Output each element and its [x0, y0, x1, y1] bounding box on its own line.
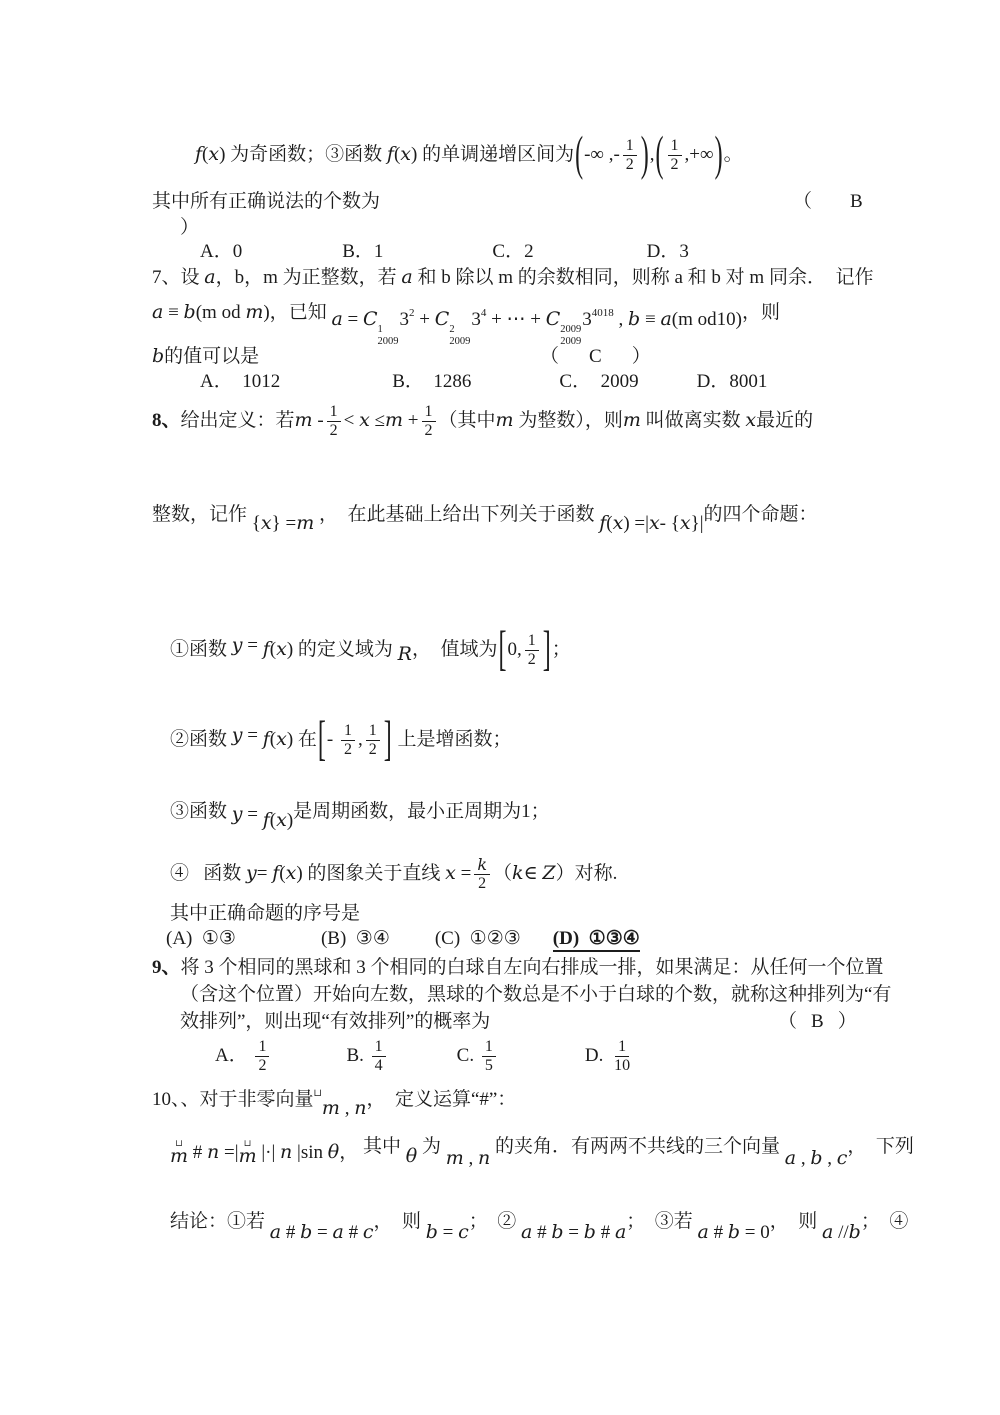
- text-run: ) 在: [287, 728, 317, 752]
- text-run: a: [785, 1147, 796, 1169]
- text-run: C: [589, 346, 602, 367]
- text-run: a: [660, 308, 671, 330]
- q10-statement-line1: 10、、对于非零向量⊔m , n， 定义运算“#”：: [152, 1088, 516, 1112]
- text-run: a: [401, 266, 412, 288]
- text-run: ,: [796, 1148, 810, 1169]
- text-run: （: [793, 191, 812, 212]
- text-run: #: [532, 1222, 551, 1243]
- text-run: a: [332, 1221, 343, 1243]
- text-run: b: [584, 1221, 596, 1243]
- text-run: ) 的定义域为: [287, 638, 398, 662]
- text-run: （含这个位置）开始向左数，黑球的个数总是不小于白球的个数，就称这种排列为“有: [180, 984, 891, 1005]
- text-run: n: [478, 1147, 490, 1169]
- fraction: 12: [366, 722, 380, 759]
- fraction: 110: [611, 1038, 633, 1075]
- text-run: ）: [180, 217, 199, 238]
- text-run: +: [403, 409, 418, 433]
- text-run: D.: [585, 1044, 608, 1068]
- text-run: x: [208, 143, 219, 167]
- text-run: #: [188, 1141, 207, 1165]
- text-run: 为整数），则: [514, 409, 623, 433]
- text-run: -: [313, 409, 324, 433]
- text-run: f: [272, 862, 279, 886]
- text-run: x: [680, 512, 691, 534]
- text-run: c: [837, 1147, 848, 1169]
- text-run: （: [540, 346, 559, 367]
- text-run: (A) ①③: [166, 928, 236, 949]
- equation-group: a # b = a # c: [270, 1221, 374, 1245]
- q7-statement-line3: b的值可以是: [152, 345, 259, 369]
- text-run: 给出定义：若: [181, 409, 295, 433]
- text-run: B.: [346, 1044, 368, 1068]
- text-run: ): [287, 810, 293, 831]
- text-run: n: [207, 1141, 219, 1165]
- text-run: {: [252, 513, 261, 534]
- text-run: C: [363, 308, 378, 330]
- text-run: 3: [471, 309, 481, 330]
- equation-group: a # b = b # a: [521, 1221, 626, 1245]
- text-run: ）: [838, 1011, 857, 1032]
- text-run: c: [458, 1221, 469, 1243]
- text-run: =: [243, 634, 263, 658]
- fraction: k2: [474, 856, 490, 893]
- text-run: f: [195, 143, 202, 167]
- text-run: b: [728, 1221, 740, 1243]
- text-run: #: [281, 1222, 300, 1243]
- text-run: a: [698, 1221, 709, 1243]
- q8-proposition-3: ③函数 y = f(x)是周期函数，最小正周期为1；: [170, 800, 550, 824]
- text-run: ) 的单调递增区间为: [411, 143, 574, 167]
- text-run: 结论：①若: [170, 1211, 270, 1232]
- text-run: 和 b 除以 m 的余数相同，则称 a 和 b 对 m 同余． 记作: [413, 267, 874, 288]
- fraction: 12: [668, 137, 682, 174]
- text-run: <: [344, 409, 359, 433]
- text-run: )，: [263, 302, 288, 323]
- big-delimiter: ]: [384, 715, 392, 764]
- text-run: 其中所有正确说法的个数为: [152, 191, 380, 212]
- big-delimiter: [: [498, 625, 506, 674]
- text-run: （: [778, 1011, 797, 1032]
- text-run: n: [354, 1097, 366, 1119]
- text-run: b: [426, 1221, 438, 1243]
- fraction: 15: [482, 1038, 496, 1075]
- text-run: -: [327, 728, 338, 752]
- text-run: f: [263, 728, 270, 752]
- q7-options-row: A． 1012B． 1286C． 2009D．8001: [200, 370, 767, 394]
- text-run: B．1: [342, 241, 383, 262]
- text-run: ①函数: [170, 638, 232, 662]
- q6-answer-badge: （B: [793, 190, 863, 214]
- fraction: 12: [525, 632, 539, 669]
- text-run: ，: [339, 1141, 358, 1165]
- text-run: ，则: [742, 302, 780, 323]
- text-run: f: [387, 143, 394, 167]
- text-run: R: [398, 643, 412, 667]
- equation-group: f(x) =|x- {x}|: [599, 512, 703, 536]
- text-run: =: [219, 1141, 234, 1165]
- text-run: |sin: [292, 1141, 327, 1165]
- text-run: (m od: [196, 302, 246, 323]
- text-run: （其中: [439, 409, 496, 433]
- text-run: x: [649, 512, 660, 534]
- big-delimiter: ): [641, 130, 649, 179]
- text-run: B: [811, 1011, 824, 1032]
- vector-mark: ⊔: [314, 1088, 322, 1099]
- text-run: a: [822, 1221, 833, 1243]
- text-run: y: [232, 634, 243, 658]
- text-run: ； ④: [861, 1211, 909, 1232]
- text-run: 整数，记作: [152, 504, 252, 525]
- text-run: m: [245, 301, 263, 323]
- text-run: C． 2009: [559, 371, 638, 392]
- text-run: ,: [464, 1148, 478, 1169]
- text-run: = 0: [740, 1222, 770, 1243]
- text-run: =: [564, 1222, 584, 1243]
- text-run: (B) ③④: [321, 928, 390, 949]
- text-run: D．3: [647, 241, 689, 262]
- q8-answer-prompt: 其中正确命题的序号是: [170, 902, 360, 926]
- text-run: ≤: [370, 409, 385, 433]
- text-run: x: [359, 409, 370, 433]
- text-run: 的夹角．有两两不共线的三个向量: [490, 1135, 785, 1159]
- q9-options-row: A． 12B. 14C. 15D. 110: [215, 1032, 636, 1080]
- text-run: f: [263, 638, 270, 662]
- equation-group: a //b: [822, 1221, 861, 1245]
- text-run: ；: [552, 638, 571, 662]
- text-run: 效排列”，则出现“有效排列”的概率为: [180, 1011, 490, 1032]
- text-run: b: [184, 301, 196, 323]
- q9-statement-line3: 效排列”，则出现“有效排列”的概率为: [180, 1010, 490, 1034]
- text-run: ）: [632, 346, 651, 367]
- big-delimiter: (: [656, 130, 664, 179]
- text-run: ,: [823, 1148, 837, 1169]
- fraction: 14: [372, 1038, 386, 1075]
- text-run: ③函数: [170, 801, 232, 822]
- text-run: x: [745, 409, 756, 433]
- equation-group: m , n: [446, 1147, 491, 1171]
- q6-statement-line1: f(x) 为奇函数；③函数 f(x) 的单调递增区间为(-∞ ,-12),(12…: [195, 128, 743, 182]
- text-run: x: [613, 512, 624, 534]
- text-run: （: [493, 862, 512, 886]
- text-run: 8、: [152, 409, 181, 433]
- text-run: x: [286, 862, 297, 886]
- stacked-scripts: 22009: [449, 324, 470, 348]
- q10-formula-line: ⊔m # n =|⊔m |·| n |sin θ， 其中 θ 为 m , n 的…: [170, 1132, 914, 1174]
- text-run: ， 值域为: [412, 638, 498, 662]
- fraction: 12: [623, 137, 637, 174]
- text-run: ,: [358, 728, 363, 752]
- text-run: x: [445, 862, 456, 886]
- text-run: x: [276, 728, 287, 752]
- q9-statement-line2: （含这个位置）开始向左数，黑球的个数总是不小于白球的个数，就称这种排列为“有: [180, 983, 891, 1007]
- text-run: 4018: [592, 307, 614, 319]
- text-run: (m od10): [672, 309, 742, 330]
- text-run: 为: [417, 1135, 446, 1159]
- big-delimiter: ): [715, 130, 723, 179]
- q8-proposition-2: ②函数 y = f(x) 在[- 12,12] 上是增函数；: [170, 710, 511, 770]
- text-run: ,+∞: [685, 143, 714, 167]
- text-run: 3: [400, 309, 410, 330]
- q6-close-paren: ）: [180, 216, 199, 240]
- q8-proposition-4: ④ 函数 y= f(x) 的图象关于直线 x =k2（k∈ Z）对称.: [170, 846, 617, 902]
- text-run: 将 3 个相同的黑球和 3 个相同的白球自左向右排成一排，如果满足：从任何一个位…: [181, 957, 884, 978]
- equation-group: f(x): [263, 809, 293, 833]
- text-run: Z: [542, 862, 555, 886]
- text-run: x: [276, 638, 287, 662]
- text-run: =: [456, 862, 471, 886]
- text-run: x: [276, 809, 287, 831]
- text-run: x: [400, 143, 411, 167]
- text-run: ； ③若: [626, 1211, 697, 1232]
- text-run: a: [152, 301, 163, 323]
- text-run: b: [551, 1221, 563, 1243]
- equation-group: a = C1200932 + C2200934 + ⋯ + C200920093…: [331, 307, 742, 348]
- fraction: 12: [255, 1038, 269, 1075]
- text-run: =: [257, 862, 272, 886]
- text-run: //: [833, 1222, 848, 1243]
- text-run: m: [623, 409, 641, 433]
- text-run: b: [628, 308, 640, 330]
- fraction: 12: [327, 403, 341, 440]
- fraction: 12: [422, 403, 436, 440]
- text-run: 是周期函数，最小正周期为1；: [293, 801, 550, 822]
- text-run: 。: [724, 143, 743, 167]
- text-run: #: [344, 1222, 363, 1243]
- text-run: x: [261, 512, 272, 534]
- text-run: a: [270, 1221, 281, 1243]
- text-run: |·|: [257, 1141, 280, 1165]
- text-run: m: [385, 409, 403, 433]
- text-run: y: [232, 724, 243, 748]
- text-run: }|: [691, 513, 704, 534]
- text-run: } =: [272, 513, 297, 534]
- text-run: B． 1286: [392, 371, 471, 392]
- q8-statement-line2: 整数，记作 {x} =m ， 在此基础上给出下列关于函数 f(x) =|x- {…: [152, 503, 818, 527]
- equation-group: b = c: [426, 1221, 469, 1245]
- text-run: θ: [406, 1145, 417, 1169]
- q9-answer-badge: （B）: [778, 1010, 857, 1034]
- text-run: y: [246, 862, 257, 886]
- text-run: =: [438, 1222, 458, 1243]
- text-run: ，b，m 为正整数，若: [216, 267, 402, 288]
- text-run: =: [243, 724, 263, 748]
- exam-page: f(x) 为奇函数；③函数 f(x) 的单调递增区间为(-∞ ,-12),(12…: [0, 0, 1000, 1415]
- text-run: c: [363, 1221, 374, 1243]
- text-run: #: [596, 1222, 615, 1243]
- text-run: ， 则: [373, 1211, 425, 1232]
- text-run: (D) ①③④: [553, 928, 640, 952]
- text-run: C: [435, 308, 450, 330]
- q10-conclusions-line: 结论：①若 a # b = a # c， 则 b = c； ② a # b = …: [170, 1210, 908, 1234]
- text-run: a: [615, 1221, 626, 1243]
- text-run: ) 的图象关于直线: [296, 862, 445, 886]
- text-run: m: [496, 409, 514, 433]
- text-run: 上是增函数；: [393, 728, 512, 752]
- text-run: ）对称.: [556, 862, 618, 886]
- text-run: b: [849, 1221, 861, 1243]
- text-run: D．8001: [697, 371, 768, 392]
- text-run: ， 定义运算“#”：: [366, 1089, 516, 1110]
- text-run: + ⋯ +: [486, 309, 545, 330]
- text-run: ； ②: [469, 1211, 521, 1232]
- text-run: 已知: [289, 302, 332, 323]
- text-run: a: [204, 266, 215, 288]
- text-run: 其中: [358, 1135, 406, 1159]
- text-run: m: [322, 1097, 340, 1119]
- text-run: m: [296, 512, 314, 534]
- text-run: m: [295, 409, 313, 433]
- q6-options-row: A．0B．1C．2D．3: [200, 240, 689, 264]
- text-run: A．: [215, 1044, 252, 1068]
- text-run: =: [312, 1222, 332, 1243]
- text-run: a: [521, 1221, 532, 1243]
- vector-symbol: ⊔m: [239, 1140, 257, 1166]
- text-run: ) =|: [623, 513, 649, 534]
- text-run: a: [331, 308, 342, 330]
- text-run: 叫做离实数: [641, 409, 746, 433]
- text-run: ,: [614, 309, 628, 330]
- text-run: k: [512, 862, 524, 886]
- text-run: θ: [328, 1141, 339, 1165]
- q8-statement-line1: 8、给出定义：若m -12< x ≤m +12（其中m 为整数），则m 叫做离实…: [152, 394, 813, 448]
- text-run: C.: [457, 1044, 479, 1068]
- text-run: ≡: [640, 309, 660, 330]
- text-run: =: [243, 804, 263, 825]
- text-run: m: [446, 1147, 464, 1169]
- text-run: ， 下列: [847, 1135, 914, 1159]
- text-run: b: [810, 1147, 822, 1169]
- text-run: 最近的: [756, 409, 813, 433]
- text-run: ④ 函数: [170, 862, 246, 886]
- text-run: 7、设: [152, 267, 204, 288]
- text-run: b: [300, 1221, 312, 1243]
- q8-proposition-1: ①函数 y = f(x) 的定义域为 R， 值域为[0,12]；: [170, 620, 571, 680]
- text-run: 其中正确命题的序号是: [170, 903, 360, 924]
- text-run: n: [280, 1141, 292, 1165]
- q6-statement-line2: 其中所有正确说法的个数为: [152, 190, 380, 214]
- text-run: 10、、对于非零向量: [152, 1089, 314, 1110]
- text-run: y: [232, 803, 243, 825]
- text-run: b: [152, 345, 164, 367]
- text-run: ， 则: [770, 1211, 822, 1232]
- stacked-scripts: 12009: [378, 324, 399, 348]
- text-run: 的四个命题：: [704, 504, 818, 525]
- equation-group: a # b = 0: [698, 1221, 770, 1245]
- text-run: 3: [582, 309, 592, 330]
- text-run: (C) ①②③: [435, 928, 521, 949]
- text-run: - {: [660, 513, 680, 534]
- vector-symbol: ⊔m: [170, 1140, 188, 1166]
- fraction: 12: [341, 722, 355, 759]
- text-run: =: [343, 309, 363, 330]
- equation-group: a , b , c: [785, 1147, 848, 1171]
- text-run: 0,: [507, 638, 521, 662]
- text-run: C．2: [492, 241, 533, 262]
- big-delimiter: ]: [543, 625, 551, 674]
- text-run: ) 为奇函数；③函数: [219, 143, 387, 167]
- text-run: ， 在此基础上给出下列关于函数: [314, 504, 599, 525]
- text-run: 的值可以是: [164, 346, 259, 367]
- text-run: A． 1012: [200, 371, 280, 392]
- text-run: C: [546, 308, 561, 330]
- text-run: ≡: [163, 302, 183, 323]
- equation-group: m , n: [322, 1097, 367, 1121]
- big-delimiter: [: [318, 715, 326, 764]
- text-run: 9、: [152, 957, 181, 978]
- q7-answer-badge: （C）: [540, 345, 651, 369]
- text-run: +: [415, 309, 435, 330]
- big-delimiter: (: [575, 130, 583, 179]
- text-run: -∞ ,-: [584, 143, 620, 167]
- q8-options-row: (A) ①③(B) ③④(C) ①②③(D) ①③④: [166, 927, 640, 951]
- q7-formula-line: a ≡ b(m od m)，已知 a = C1200932 + C2200934…: [152, 300, 780, 341]
- text-run: #: [709, 1222, 728, 1243]
- text-run: A．0: [200, 241, 242, 262]
- text-run: B: [850, 191, 863, 212]
- text-run: ∈: [524, 862, 543, 886]
- q9-statement-line1: 9、将 3 个相同的黑球和 3 个相同的白球自左向右排成一排，如果满足：从任何一…: [152, 956, 884, 980]
- text-run: ,: [340, 1098, 354, 1119]
- text-run: ,: [650, 143, 655, 167]
- text-run: ②函数: [170, 728, 232, 752]
- text-run: f: [263, 809, 270, 831]
- q7-statement-line1: 7、设 a，b，m 为正整数，若 a 和 b 除以 m 的余数相同，则称 a 和…: [152, 266, 873, 290]
- equation-group: {x} =m: [252, 512, 314, 536]
